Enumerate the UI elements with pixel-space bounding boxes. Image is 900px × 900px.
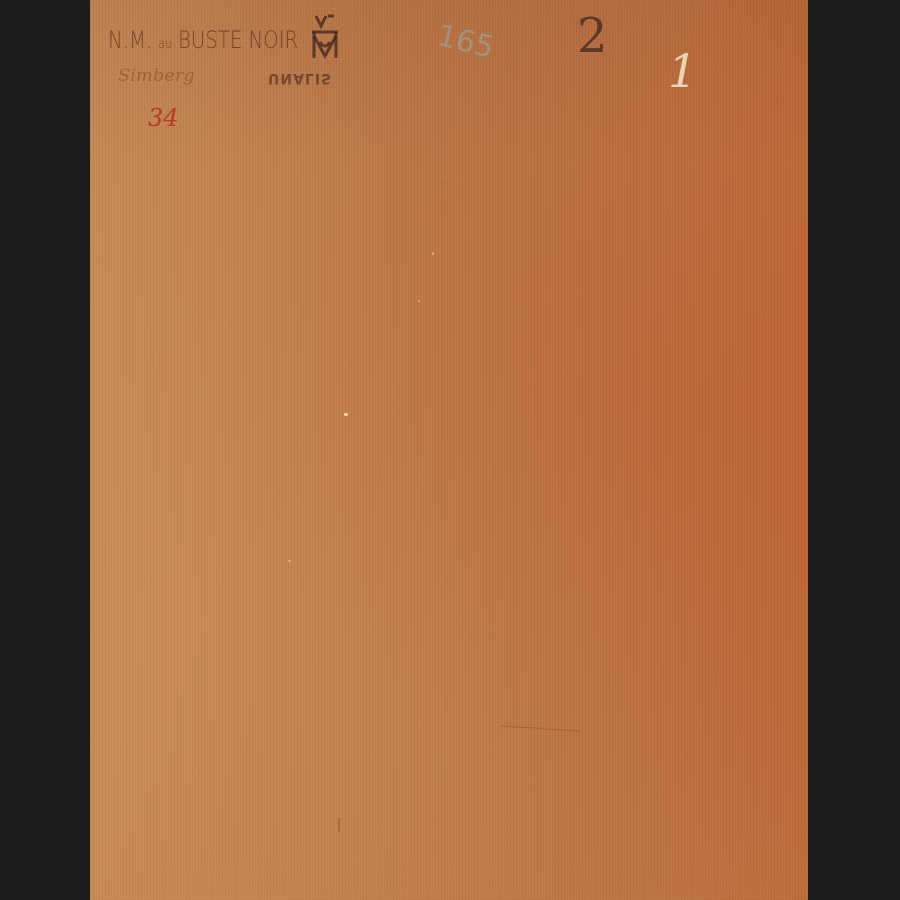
surface-speck — [432, 252, 434, 255]
mirrored-stamp-text: UNALIS — [268, 70, 332, 86]
signature-inscription: Simberg — [118, 66, 195, 86]
title-prefix: N.M. — [108, 26, 152, 54]
surface-scratch — [500, 725, 580, 732]
pencil-number: 2 — [577, 8, 608, 64]
panel-back: N.M. au BUSTE NOIR Simberg UNALIS 34 165… — [90, 0, 808, 900]
chalk-number: 165 — [434, 18, 498, 66]
monogram-stamp-icon — [308, 12, 342, 70]
surface-speck — [288, 560, 291, 562]
title-inscription: N.M. au BUSTE NOIR — [108, 26, 298, 54]
surface-speck — [418, 300, 420, 302]
surface-scratch — [338, 818, 340, 832]
title-connector: au — [158, 37, 171, 52]
title-main: BUSTE NOIR — [178, 26, 298, 54]
white-chalk-number: 1 — [668, 44, 697, 98]
photo-stage: N.M. au BUSTE NOIR Simberg UNALIS 34 165… — [0, 0, 900, 900]
red-inventory-number: 34 — [148, 104, 179, 132]
surface-speck — [344, 413, 348, 416]
surface-scratch — [442, 180, 443, 440]
